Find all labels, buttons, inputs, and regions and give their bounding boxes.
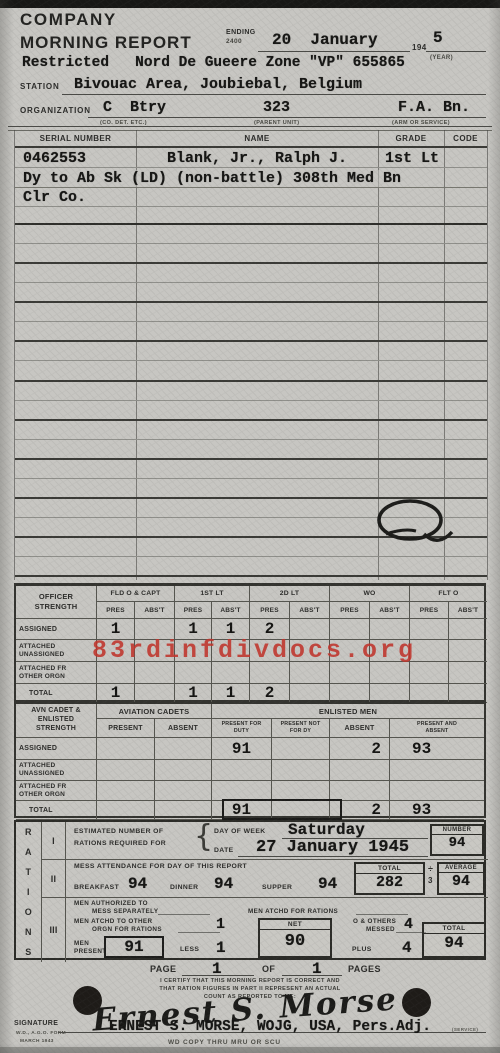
- enlisted-sub-present-and-absent: PRESENT AND ABSENT: [390, 719, 484, 738]
- row-label: ATTACHED FR OTHER ORGN: [19, 665, 89, 681]
- enlisted-sub-absent-em: ABSENT: [330, 719, 390, 738]
- average-label: AVERAGE: [439, 864, 483, 873]
- entry-name: Blank, Jr., Ralph J.: [136, 150, 378, 167]
- row-label: TOTAL: [19, 807, 53, 814]
- officer-sub-pres: PRES: [175, 602, 212, 619]
- cell-value: 1: [226, 684, 236, 702]
- officer-sub-pres: PRES: [250, 602, 290, 619]
- officer-cell: 1: [212, 684, 250, 703]
- cell-value: 93: [412, 801, 431, 819]
- rations-section: R A T I O N S I ESTIMATED NUMBER OF RATI…: [14, 820, 486, 960]
- form-title-morning-report: MORNING REPORT: [20, 33, 192, 53]
- sub-label: PRESENT FOR DUTY: [222, 721, 262, 735]
- scan-bottom-band: [0, 1047, 500, 1053]
- roster-empty-row: [15, 382, 487, 401]
- officer-cell: [175, 662, 212, 684]
- watermark-text: 83rdinfdivdocs.org: [92, 636, 416, 665]
- wd-copy-note: WD COPY THRU MRU OR SCU: [168, 1039, 281, 1046]
- organization-label: ORGANIZATION: [20, 106, 91, 115]
- cell-value: 2: [371, 801, 381, 819]
- station-label: STATION: [20, 82, 60, 91]
- officer-sub-pres: PRES: [330, 602, 370, 619]
- officer-group-1st-lt: 1ST LT: [175, 586, 250, 602]
- officer-sub-pres: PRES: [410, 602, 449, 619]
- net-value: 90: [260, 930, 330, 951]
- rations-total-box: TOTAL 94: [422, 922, 486, 958]
- officer-row-label: ATTACHED FR OTHER ORGN: [16, 662, 97, 684]
- sub-label: ABS'T: [379, 607, 399, 614]
- sub-label: PRESENT: [108, 725, 142, 732]
- morning-report-scan: COMPANY MORNING REPORT ENDING 2400 20 Ja…: [0, 0, 500, 1053]
- officer-cell: [449, 640, 487, 662]
- officer-title-cell: OFFICER STRENGTH: [16, 586, 97, 619]
- roster-empty-row: [15, 361, 487, 381]
- org-unit-value: C Btry: [103, 99, 166, 116]
- rations-sec1: ESTIMATED NUMBER OF RATIONS REQUIRED FOR…: [66, 822, 488, 860]
- enlisted-cell: 93: [390, 801, 484, 820]
- enlisted-sub-present: PRESENT: [97, 719, 155, 738]
- enlisted-cell: [272, 760, 330, 781]
- officer-group-fldo-capt: FLD O & CAPT: [97, 586, 175, 602]
- entry-remark-line-2: Clr Co.: [23, 189, 86, 206]
- enlisted-cell: [212, 760, 272, 781]
- enlisted-cell: [155, 801, 212, 820]
- rations-letter: T: [26, 867, 32, 877]
- page-label: PAGE: [150, 964, 176, 974]
- entry-grade: 1st Lt: [385, 150, 439, 167]
- rations-letter: A: [25, 847, 32, 857]
- enlisted-sub-present-for-duty: PRESENT FOR DUTY: [212, 719, 272, 738]
- cell-value: 2: [265, 684, 275, 702]
- sub-label: ABSENT: [168, 725, 198, 732]
- dinner-label: DINNER: [170, 884, 198, 891]
- sub-label: ABSENT: [345, 725, 375, 732]
- signature-label: SIGNATURE: [14, 1020, 58, 1027]
- officer-cell: [449, 684, 487, 703]
- officer-cell: 2: [250, 684, 290, 703]
- o-others-value: 4: [404, 916, 413, 933]
- roster-remark-row-1: Dy to Ab Sk (LD) (non-battle) 308th Med …: [15, 168, 487, 188]
- men-label: MEN: [74, 940, 89, 947]
- group-label: 1ST LT: [200, 590, 223, 597]
- roster-empty-row: [15, 244, 487, 264]
- signature-typed-name: ERNEST S. MORSE, WOJG, USA, Pers.Adj.: [70, 1019, 470, 1035]
- sub-label: ABS'T: [220, 607, 240, 614]
- roster-empty-row: [15, 440, 487, 460]
- roster-remark-row-2: Clr Co.: [15, 188, 487, 207]
- average-box: AVERAGE 94: [437, 862, 485, 895]
- entry-remark-line-1: Dy to Ab Sk (LD) (non-battle) 308th Med …: [23, 170, 401, 187]
- row-label: ATTACHED UNASSIGNED: [19, 762, 89, 778]
- officer-group-flt-o: FLT O: [410, 586, 487, 602]
- sub-label: PRESENT NOT FOR DY: [279, 721, 323, 735]
- sub-label: ABS'T: [299, 607, 319, 614]
- officer-cell: [330, 684, 370, 703]
- present-label: PRESENT: [74, 948, 107, 955]
- roster-empty-row: [15, 460, 487, 479]
- sub-label: ABS'T: [144, 607, 164, 614]
- officer-cell: [290, 684, 330, 703]
- men-authorized-label-1: MEN AUTHORIZED TO: [74, 900, 148, 907]
- officer-cell: 1: [175, 684, 212, 703]
- roster-empty-row: [15, 557, 487, 577]
- roster-col-serial: SERIAL NUMBER: [15, 134, 136, 143]
- officer-row-label: ASSIGNED: [16, 619, 97, 640]
- sub-label: PRESENT AND ABSENT: [415, 721, 459, 735]
- supper-value: 94: [318, 875, 337, 893]
- rations-letter: O: [25, 907, 32, 917]
- rations-total-label: TOTAL: [424, 924, 484, 934]
- sub-label: ABS'T: [458, 607, 478, 614]
- roster-empty-row: [15, 225, 487, 244]
- net-box: NET 90: [258, 918, 332, 958]
- rations-sec3-num: III: [42, 898, 66, 962]
- enlisted-cell: 2: [330, 738, 390, 760]
- breakfast-value: 94: [128, 875, 147, 893]
- sub-label: PRES: [340, 607, 359, 614]
- enlisted-title: AVN CADET & ENLISTED STRENGTH: [25, 707, 87, 733]
- scan-top-band: [0, 0, 500, 8]
- officer-cell: [449, 619, 487, 640]
- year-prefix: 194: [412, 43, 427, 52]
- enlisted-sub-absent: ABSENT: [155, 719, 212, 738]
- officer-cell: [212, 662, 250, 684]
- enlisted-group-aviation-cadets: AVIATION CADETS: [97, 704, 212, 719]
- mess-attendance-title: MESS ATTENDANCE FOR DAY OF THIS REPORT: [74, 863, 247, 870]
- enlisted-cell: [390, 760, 484, 781]
- year-underline: [426, 36, 486, 52]
- cell-value: 93: [412, 740, 431, 758]
- number-label: NUMBER: [432, 826, 482, 835]
- certify-line-1: I CERTIFY THAT THIS MORNING REPORT IS CO…: [110, 978, 390, 984]
- mess-sep-blank: [158, 908, 210, 915]
- rations-sec1-num: I: [42, 822, 66, 860]
- page-value: 1: [212, 960, 222, 978]
- enlisted-title-cell: AVN CADET & ENLISTED STRENGTH: [16, 704, 97, 738]
- org-arm-value: F.A. Bn.: [398, 99, 470, 116]
- group-label: WO: [363, 590, 375, 597]
- roster-empty-row: [15, 303, 487, 322]
- officer-cell: [449, 662, 487, 684]
- number-box: NUMBER 94: [430, 824, 484, 856]
- enlisted-cell: [155, 738, 212, 760]
- men-authorized-label-2: MESS SEPARATELY: [92, 908, 158, 915]
- section-numeral: I: [52, 836, 55, 846]
- rations-letter: S: [25, 947, 31, 957]
- officer-row-label: ATTACHED UNASSIGNED: [16, 640, 97, 662]
- atchd-other-value: 1: [216, 916, 225, 933]
- men-present-box: 91: [104, 936, 164, 958]
- of-label: OF: [262, 964, 275, 974]
- roster-col-grade: GRADE: [378, 134, 444, 143]
- enlisted-cell: [330, 760, 390, 781]
- estimated-label-2: RATIONS REQUIRED FOR: [74, 840, 166, 847]
- officer-sub-abst: ABS'T: [290, 602, 330, 619]
- cell-value: 2: [371, 740, 381, 758]
- punch-hole-left: [73, 986, 102, 1015]
- average-value: 94: [439, 873, 483, 890]
- station-value: Bivouac Area, Joubiebal, Belgium: [74, 76, 362, 93]
- enlisted-sub-present-not-for-dy: PRESENT NOT FOR DY: [272, 719, 330, 738]
- atchd-other-blank: [178, 926, 220, 933]
- officer-cell: [250, 662, 290, 684]
- enlisted-cell: [155, 781, 212, 801]
- security-classification-line: Restricted Nord De Gueere Zone "VP" 6558…: [22, 55, 405, 71]
- handdrawn-total-box: [222, 799, 342, 820]
- handwritten-circle-mark: [372, 495, 460, 551]
- row-label: ASSIGNED: [19, 626, 57, 633]
- roster-empty-row: [15, 401, 487, 421]
- ending-2400-label: 2400: [226, 38, 242, 45]
- officer-cell: [410, 684, 449, 703]
- enlisted-cell: [330, 781, 390, 801]
- officer-cell: [410, 662, 449, 684]
- entry-serial-number: 0462553: [23, 150, 86, 167]
- officer-row-label: TOTAL: [16, 684, 97, 703]
- officer-sub-abst: ABS'T: [135, 602, 175, 619]
- row-label: ATTACHED UNASSIGNED: [19, 643, 89, 659]
- cell-value: 1: [111, 684, 121, 702]
- row-label: ATTACHED FR OTHER ORGN: [19, 783, 89, 799]
- less-value: 1: [216, 939, 226, 957]
- enlisted-cell: [97, 760, 155, 781]
- rations-vertical-label: R A T I O N S: [16, 822, 42, 962]
- enlisted-cell: [390, 781, 484, 801]
- roster-header-row: SERIAL NUMBER NAME GRADE CODE: [15, 130, 487, 148]
- sub-label: PRES: [106, 607, 125, 614]
- divide-sign: ÷: [428, 864, 433, 874]
- row-label: ASSIGNED: [19, 745, 57, 752]
- rations-sec2: MESS ATTENDANCE FOR DAY OF THIS REPORT B…: [66, 860, 488, 898]
- section-numeral: III: [49, 925, 57, 935]
- officer-sub-abst: ABS'T: [370, 602, 410, 619]
- total-box: TOTAL 282: [354, 862, 425, 895]
- atchd-rations-blank: [356, 908, 408, 915]
- divide-by: 3: [428, 876, 433, 885]
- officer-group-2d-lt: 2D LT: [250, 586, 330, 602]
- officer-cell: [135, 684, 175, 703]
- officer-sub-abst: ABS'T: [212, 602, 250, 619]
- officer-group-wo: WO: [330, 586, 410, 602]
- total-label: TOTAL: [356, 864, 423, 874]
- officer-cell: 1: [97, 684, 135, 703]
- form-date-small: MARCH 1943: [20, 1039, 54, 1044]
- punch-hole-right: [402, 988, 431, 1017]
- group-label: FLD O & CAPT: [111, 590, 161, 597]
- roster-col-name: NAME: [136, 134, 378, 143]
- plus-label: PLUS: [352, 946, 372, 953]
- group-label: 2D LT: [280, 590, 299, 597]
- rations-letter: R: [25, 827, 32, 837]
- report-date-value: 20 January: [272, 31, 378, 49]
- enlisted-row-label: ASSIGNED: [16, 738, 97, 760]
- officer-title: OFFICER STRENGTH: [26, 592, 86, 612]
- rations-total-value: 94: [424, 934, 484, 952]
- dinner-value: 94: [214, 875, 233, 893]
- enlisted-cell: [155, 760, 212, 781]
- total-value: 282: [356, 874, 423, 891]
- date-underline2: [238, 845, 428, 857]
- atchd-other-label-2: ORGN FOR RATIONS: [92, 926, 162, 933]
- pages-label: PAGES: [348, 964, 381, 974]
- less-label: LESS: [180, 946, 199, 953]
- row-label: TOTAL: [19, 690, 53, 697]
- enlisted-cell: [272, 781, 330, 801]
- enlisted-cell: 93: [390, 738, 484, 760]
- enlisted-row-label: ATTACHED UNASSIGNED: [16, 760, 97, 781]
- officer-cell: [370, 662, 410, 684]
- officer-cell: [97, 662, 135, 684]
- net-label: NET: [260, 920, 330, 930]
- roster-empty-row: [15, 207, 487, 225]
- officer-cell: [135, 662, 175, 684]
- roster-entry-row: 0462553 Blank, Jr., Ralph J. 1st Lt: [15, 148, 487, 168]
- roster-empty-row: [15, 283, 487, 303]
- enlisted-group-enlisted-men: ENLISTED MEN: [212, 704, 484, 719]
- supper-label: SUPPER: [262, 884, 292, 891]
- number-value: 94: [432, 835, 482, 851]
- rations-letter: N: [25, 927, 32, 937]
- enlisted-row-label: TOTAL: [16, 801, 97, 820]
- rations-sec3: MEN AUTHORIZED TO MESS SEPARATELY MEN AT…: [66, 898, 488, 962]
- roster-empty-row: [15, 421, 487, 440]
- roster-empty-row: [15, 264, 487, 283]
- group-label: AVIATION CADETS: [119, 707, 190, 716]
- officer-cell: [330, 662, 370, 684]
- officer-cell: [370, 684, 410, 703]
- section-numeral: II: [51, 874, 56, 884]
- ending-label: ENDING: [226, 29, 256, 36]
- enlisted-cell: [97, 738, 155, 760]
- men-present-value: 91: [124, 938, 143, 956]
- year-caption: (YEAR): [430, 55, 453, 61]
- enlisted-cell: [97, 781, 155, 801]
- org-parent-value: 323: [263, 99, 290, 116]
- group-label: FLT O: [438, 590, 458, 597]
- roster-empty-row: [15, 322, 487, 342]
- rations-letter: I: [27, 887, 30, 897]
- enlisted-cell: [97, 801, 155, 820]
- brace-glyph: {: [194, 819, 213, 854]
- sub-label: PRES: [420, 607, 439, 614]
- roster-col-code: CODE: [444, 134, 487, 143]
- atchd-other-label-1: MEN ATCHD TO OTHER: [74, 918, 152, 925]
- day-of-week-label: DAY OF WEEK: [214, 828, 266, 835]
- officer-sub-abst: ABS'T: [449, 602, 487, 619]
- cell-value: 91: [232, 740, 251, 758]
- date-label: DATE: [214, 847, 234, 854]
- breakfast-label: BREAKFAST: [74, 884, 119, 891]
- rations-sec2-num: II: [42, 860, 66, 898]
- enlisted-cell: [212, 781, 272, 801]
- enlisted-cell: 91: [212, 738, 272, 760]
- men-atchd-rations-label: MEN ATCHD FOR RATIONS: [248, 908, 338, 915]
- estimated-label-1: ESTIMATED NUMBER OF: [74, 828, 163, 835]
- officer-cell: [290, 662, 330, 684]
- pages-value: 1: [312, 960, 322, 978]
- enlisted-row-label: ATTACHED FR OTHER ORGN: [16, 781, 97, 801]
- sub-label: PRES: [184, 607, 203, 614]
- officer-sub-pres: PRES: [97, 602, 135, 619]
- form-number-small: W.D., A.G.O. FORM: [16, 1031, 66, 1036]
- group-label: ENLISTED MEN: [319, 707, 377, 716]
- cell-value: 1: [188, 684, 198, 702]
- roster-empty-row: [15, 342, 487, 361]
- plus-value: 4: [402, 939, 412, 957]
- enlisted-cell: [272, 738, 330, 760]
- form-title-company: COMPANY: [20, 10, 117, 30]
- sub-label: PRES: [260, 607, 279, 614]
- o-others-label-2: MESSED: [366, 926, 395, 933]
- o-others-label-1: O & OTHERS: [353, 918, 396, 925]
